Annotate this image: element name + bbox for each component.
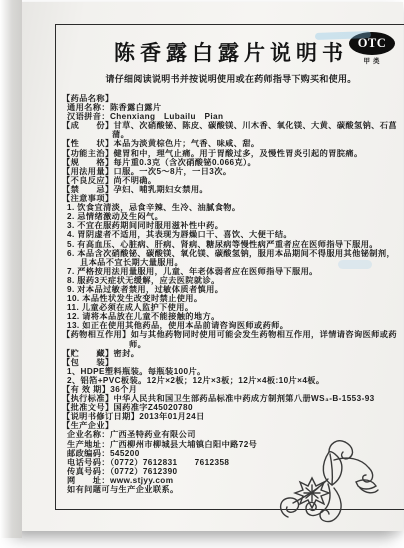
section-ingredients: 【成 份】甘草、次硝酸铋、陈皮、碳酸镁、川木香、氧化镁、大黄、碳酸氢钠、石菖蒲。 — [62, 121, 400, 139]
precaution-item-12: 12. 请将本品放在儿童不能接触的地方。 — [67, 312, 400, 321]
precaution-item-4: 4. 胃阴虚者不适用，其表现为唇燥口干、喜饮、大便干结。 — [67, 230, 400, 239]
precaution-item-8: 8. 服药3天症状无缓解，应去医院就诊。 — [67, 276, 400, 285]
section-storage: 【贮 藏】密封。 — [62, 349, 400, 358]
paper-edge-shadow — [0, 0, 22, 538]
section-package-label: 【包 装】 — [62, 358, 400, 367]
section-label-drug-name: 【药品名称】 — [62, 94, 400, 103]
section-standard: 【执行标准】中华人民共和国卫生部药品标准中药成方制剂第八册WS₃-B-1553-… — [62, 394, 400, 403]
section-properties: 【性 状】本品为淡黄棕色片；气香、味咸、甜。 — [62, 139, 400, 148]
section-approval-number: 【批准文号】国药准字Z45020780 — [62, 403, 400, 412]
precaution-item-5: 5. 有高血压、心脏病、肝病、肾病、糖尿病等慢性病严重者应在医师指导下服用。 — [67, 240, 400, 249]
package-item-1: 1、HDPE塑料瓶装。每瓶装100片。 — [67, 367, 400, 376]
pinyin-name: 汉语拼音：Chenxiang Lubailu Pian — [67, 112, 400, 121]
precaution-item-11: 11. 儿童必须在成人监护下使用。 — [67, 303, 400, 312]
section-contraindications: 【禁 忌】孕妇、哺乳期妇女禁用。 — [62, 185, 400, 194]
section-dosage: 【用法用量】口服。一次5～8片，一日3次。 — [62, 167, 400, 176]
precaution-item-2: 2. 忌情绪激动及生闷气。 — [67, 212, 400, 221]
section-revision-date: 【说明书修订日期】2013年01月24日 — [62, 412, 400, 421]
precaution-item-10: 10. 本品性状发生改变时禁止使用。 — [67, 294, 400, 303]
section-precautions-label: 【注意事项】 — [62, 194, 400, 203]
otc-class-label: 甲类 — [349, 56, 397, 65]
leaflet-body: 【药品名称】 通用名称：陈香露白露片 汉语拼音：Chenxiang Lubail… — [62, 94, 400, 494]
precaution-item-9: 9. 对本品过敏者禁用，过敏体质者慎用。 — [67, 285, 400, 294]
highlighter-smudge — [338, 260, 372, 269]
section-specification: 【规 格】每片重0.3克（含次硝酸铋0.066克）。 — [62, 158, 400, 167]
section-adverse-reactions: 【不良反应】尚不明确。 — [62, 176, 400, 185]
floral-ornament-icon — [276, 437, 398, 541]
precaution-item-1: 1. 饮食宜清淡，忌食辛辣、生冷、油腻食物。 — [67, 203, 400, 212]
package-item-2: 2、铝箔+PVC板装。12片×2板；12片×3板；12片×4板:10片×4板。 — [67, 376, 400, 385]
section-indications: 【功能主治】健胃和中，理气止痛。用于胃酸过多，及慢性胃炎引起的胃脘痛。 — [62, 149, 400, 158]
section-validity: 【有 效 期】36个月 — [62, 385, 400, 394]
section-drug-interactions: 【药物相互作用】如与其他药物同时使用可能会发生药物相互作用，详情请咨询医师或药师… — [62, 330, 400, 348]
generic-name: 通用名称：陈香露白露片 — [67, 103, 400, 112]
page-subtitle: 请仔细阅读说明书并按说明使用或在药师指导下购买和使用。 — [56, 72, 404, 85]
